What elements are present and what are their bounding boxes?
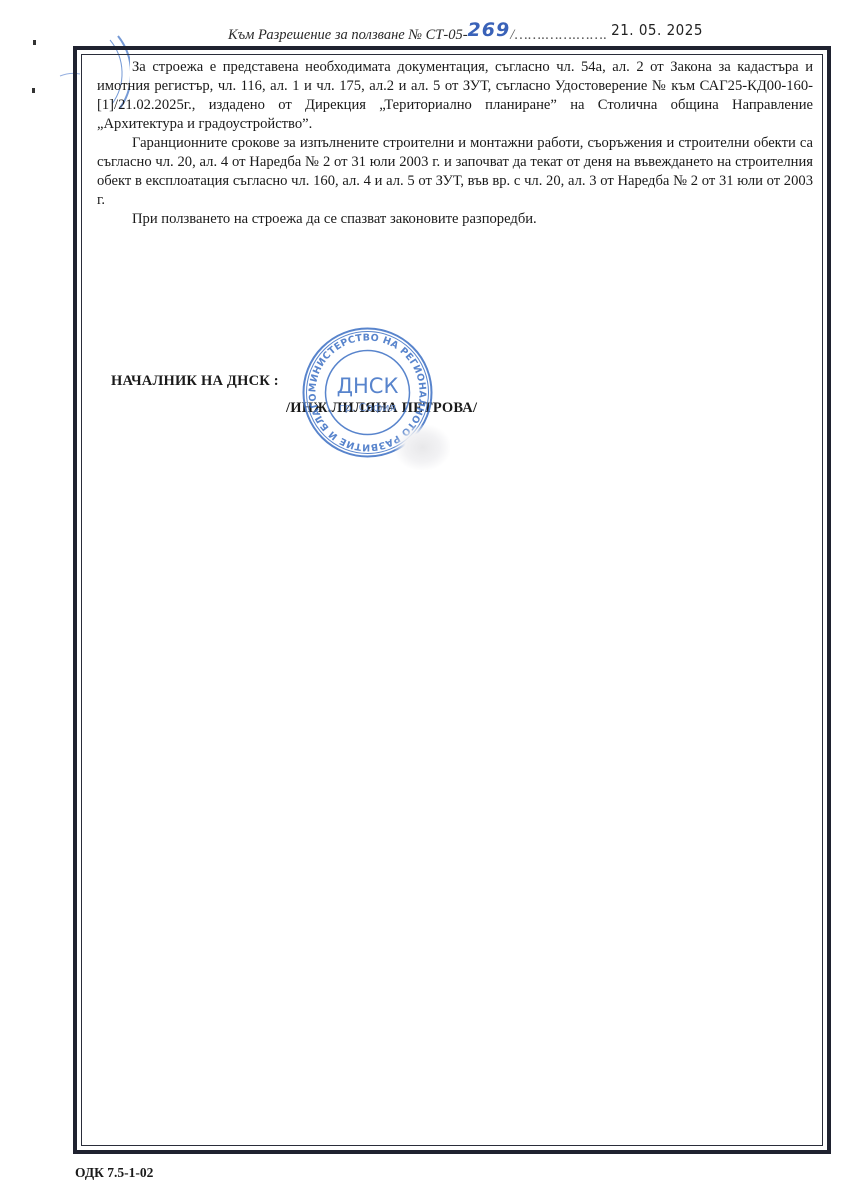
- paragraph-warranty: Гаранционните срокове за изпълнените стр…: [97, 134, 813, 210]
- signature-smudge: [395, 425, 450, 470]
- signatory-name: /ИНЖ.ЛИЛЯНА ПЕТРОВА/: [286, 400, 477, 417]
- margin-mark: [33, 40, 36, 45]
- form-code: ОДК 7.5-1-02: [75, 1165, 153, 1181]
- signatory-title: НАЧАЛНИК НА ДНСК :: [111, 373, 279, 390]
- handwritten-permit-number: 269: [468, 19, 511, 41]
- permit-reference-prefix: Към Разрешение за ползване № СТ-05-: [228, 27, 468, 43]
- paragraph-documentation: За строежа е представена необходимата до…: [97, 58, 813, 134]
- paragraph-compliance: При ползването на строежа да се спазват …: [97, 210, 813, 229]
- permit-reference-line: Към Разрешение за ползване № СТ-05-269/……: [228, 22, 828, 44]
- dotted-fill: …….…….…….: [515, 27, 608, 43]
- document-body: За строежа е представена необходимата до…: [97, 58, 813, 229]
- margin-mark: [32, 88, 35, 93]
- stamped-date: 21. 05. 2025: [611, 21, 703, 39]
